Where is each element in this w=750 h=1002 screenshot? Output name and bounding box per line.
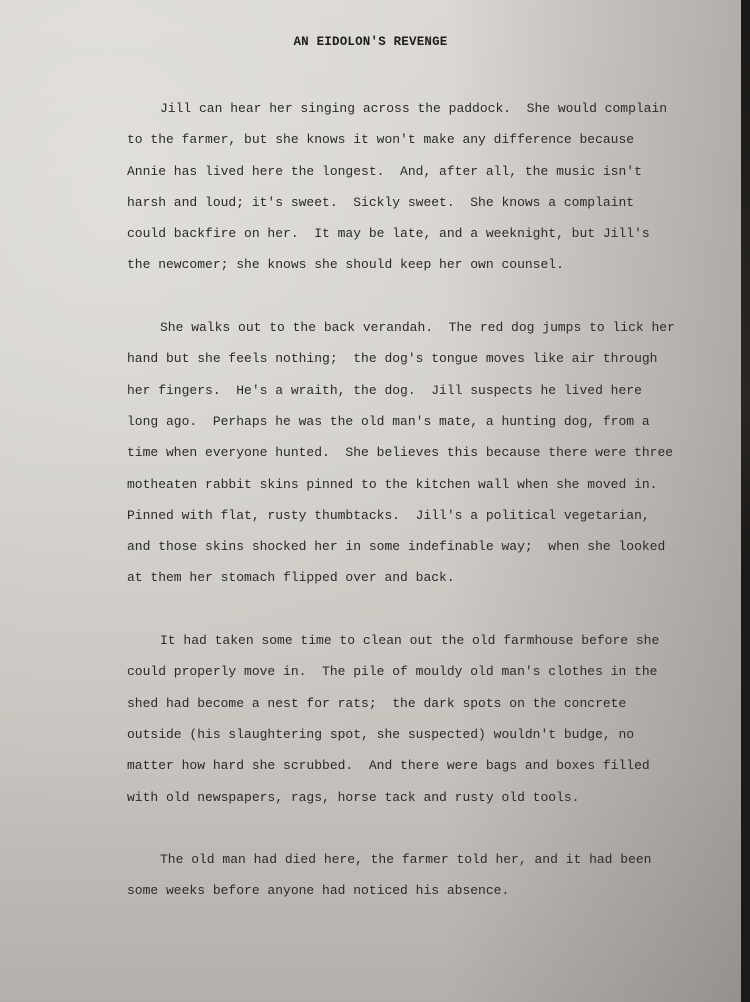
text-line: harsh and loud; it's sweet. Sickly sweet… <box>127 187 717 218</box>
text-line: The old man had died here, the farmer to… <box>127 844 717 875</box>
page-edge-shadow <box>741 0 750 560</box>
text-line: matter how hard she scrubbed. And there … <box>127 750 717 781</box>
paragraph: Jill can hear her singing across the pad… <box>127 93 717 281</box>
text-line: outside (his slaughtering spot, she susp… <box>127 719 717 750</box>
text-line: with old newspapers, rags, horse tack an… <box>127 782 717 813</box>
typewritten-page: AN EIDOLON'S REVENGE Jill can hear her s… <box>0 0 741 1002</box>
text-line: Annie has lived here the longest. And, a… <box>127 156 717 187</box>
text-line: Pinned with flat, rusty thumbtacks. Jill… <box>127 500 717 531</box>
text-line: long ago. Perhaps he was the old man's m… <box>127 406 717 437</box>
text-line: shed had become a nest for rats; the dar… <box>127 688 717 719</box>
text-line: to the farmer, but she knows it won't ma… <box>127 124 717 155</box>
text-line: the newcomer; she knows she should keep … <box>127 249 717 280</box>
text-line: could backfire on her. It may be late, a… <box>127 218 717 249</box>
text-line: Jill can hear her singing across the pad… <box>127 93 717 124</box>
text-line: and those skins shocked her in some inde… <box>127 531 717 562</box>
paragraph: She walks out to the back verandah. The … <box>127 312 717 594</box>
document-title: AN EIDOLON'S REVENGE <box>0 35 741 49</box>
paragraph: It had taken some time to clean out the … <box>127 625 717 813</box>
text-line: She walks out to the back verandah. The … <box>127 312 717 343</box>
text-line: time when everyone hunted. She believes … <box>127 437 717 468</box>
text-line: her fingers. He's a wraith, the dog. Jil… <box>127 375 717 406</box>
text-line: could properly move in. The pile of moul… <box>127 656 717 687</box>
text-line: hand but she feels nothing; the dog's to… <box>127 343 717 374</box>
text-line: It had taken some time to clean out the … <box>127 625 717 656</box>
paragraph: The old man had died here, the farmer to… <box>127 844 717 907</box>
text-line: motheaten rabbit skins pinned to the kit… <box>127 469 717 500</box>
text-line: at them her stomach flipped over and bac… <box>127 562 717 593</box>
document-body: Jill can hear her singing across the pad… <box>127 93 717 938</box>
text-line: some weeks before anyone had noticed his… <box>127 875 717 906</box>
